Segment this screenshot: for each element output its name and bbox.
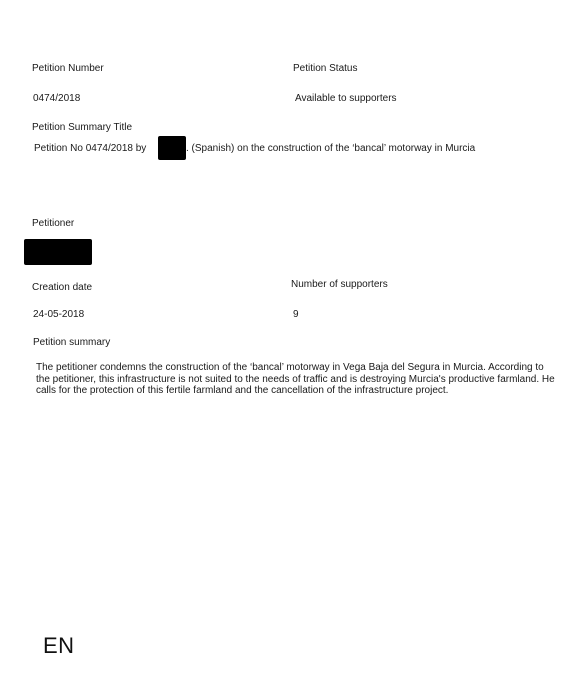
creation-date-label: Creation date bbox=[32, 282, 92, 293]
redacted-petitioner-block bbox=[24, 239, 92, 265]
redacted-name-block bbox=[158, 136, 186, 160]
petition-status-value: Available to supporters bbox=[295, 93, 397, 104]
petition-number-label: Petition Number bbox=[32, 63, 104, 74]
petition-summary-label: Petition summary bbox=[33, 337, 110, 348]
petition-summary-text: The petitioner condemns the construction… bbox=[36, 362, 556, 397]
supporters-label: Number of supporters bbox=[291, 279, 388, 290]
creation-date-value: 24-05-2018 bbox=[33, 309, 84, 320]
language-code: EN bbox=[43, 633, 75, 659]
petition-number-value: 0474/2018 bbox=[33, 93, 80, 104]
petition-status-label: Petition Status bbox=[293, 63, 357, 74]
summary-title-prefix: Petition No 0474/2018 by bbox=[34, 143, 146, 154]
summary-title-suffix: . (Spanish) on the construction of the ‘… bbox=[186, 143, 475, 154]
supporters-value: 9 bbox=[293, 309, 299, 320]
summary-title-label: Petition Summary Title bbox=[32, 122, 132, 133]
petitioner-label: Petitioner bbox=[32, 218, 74, 229]
